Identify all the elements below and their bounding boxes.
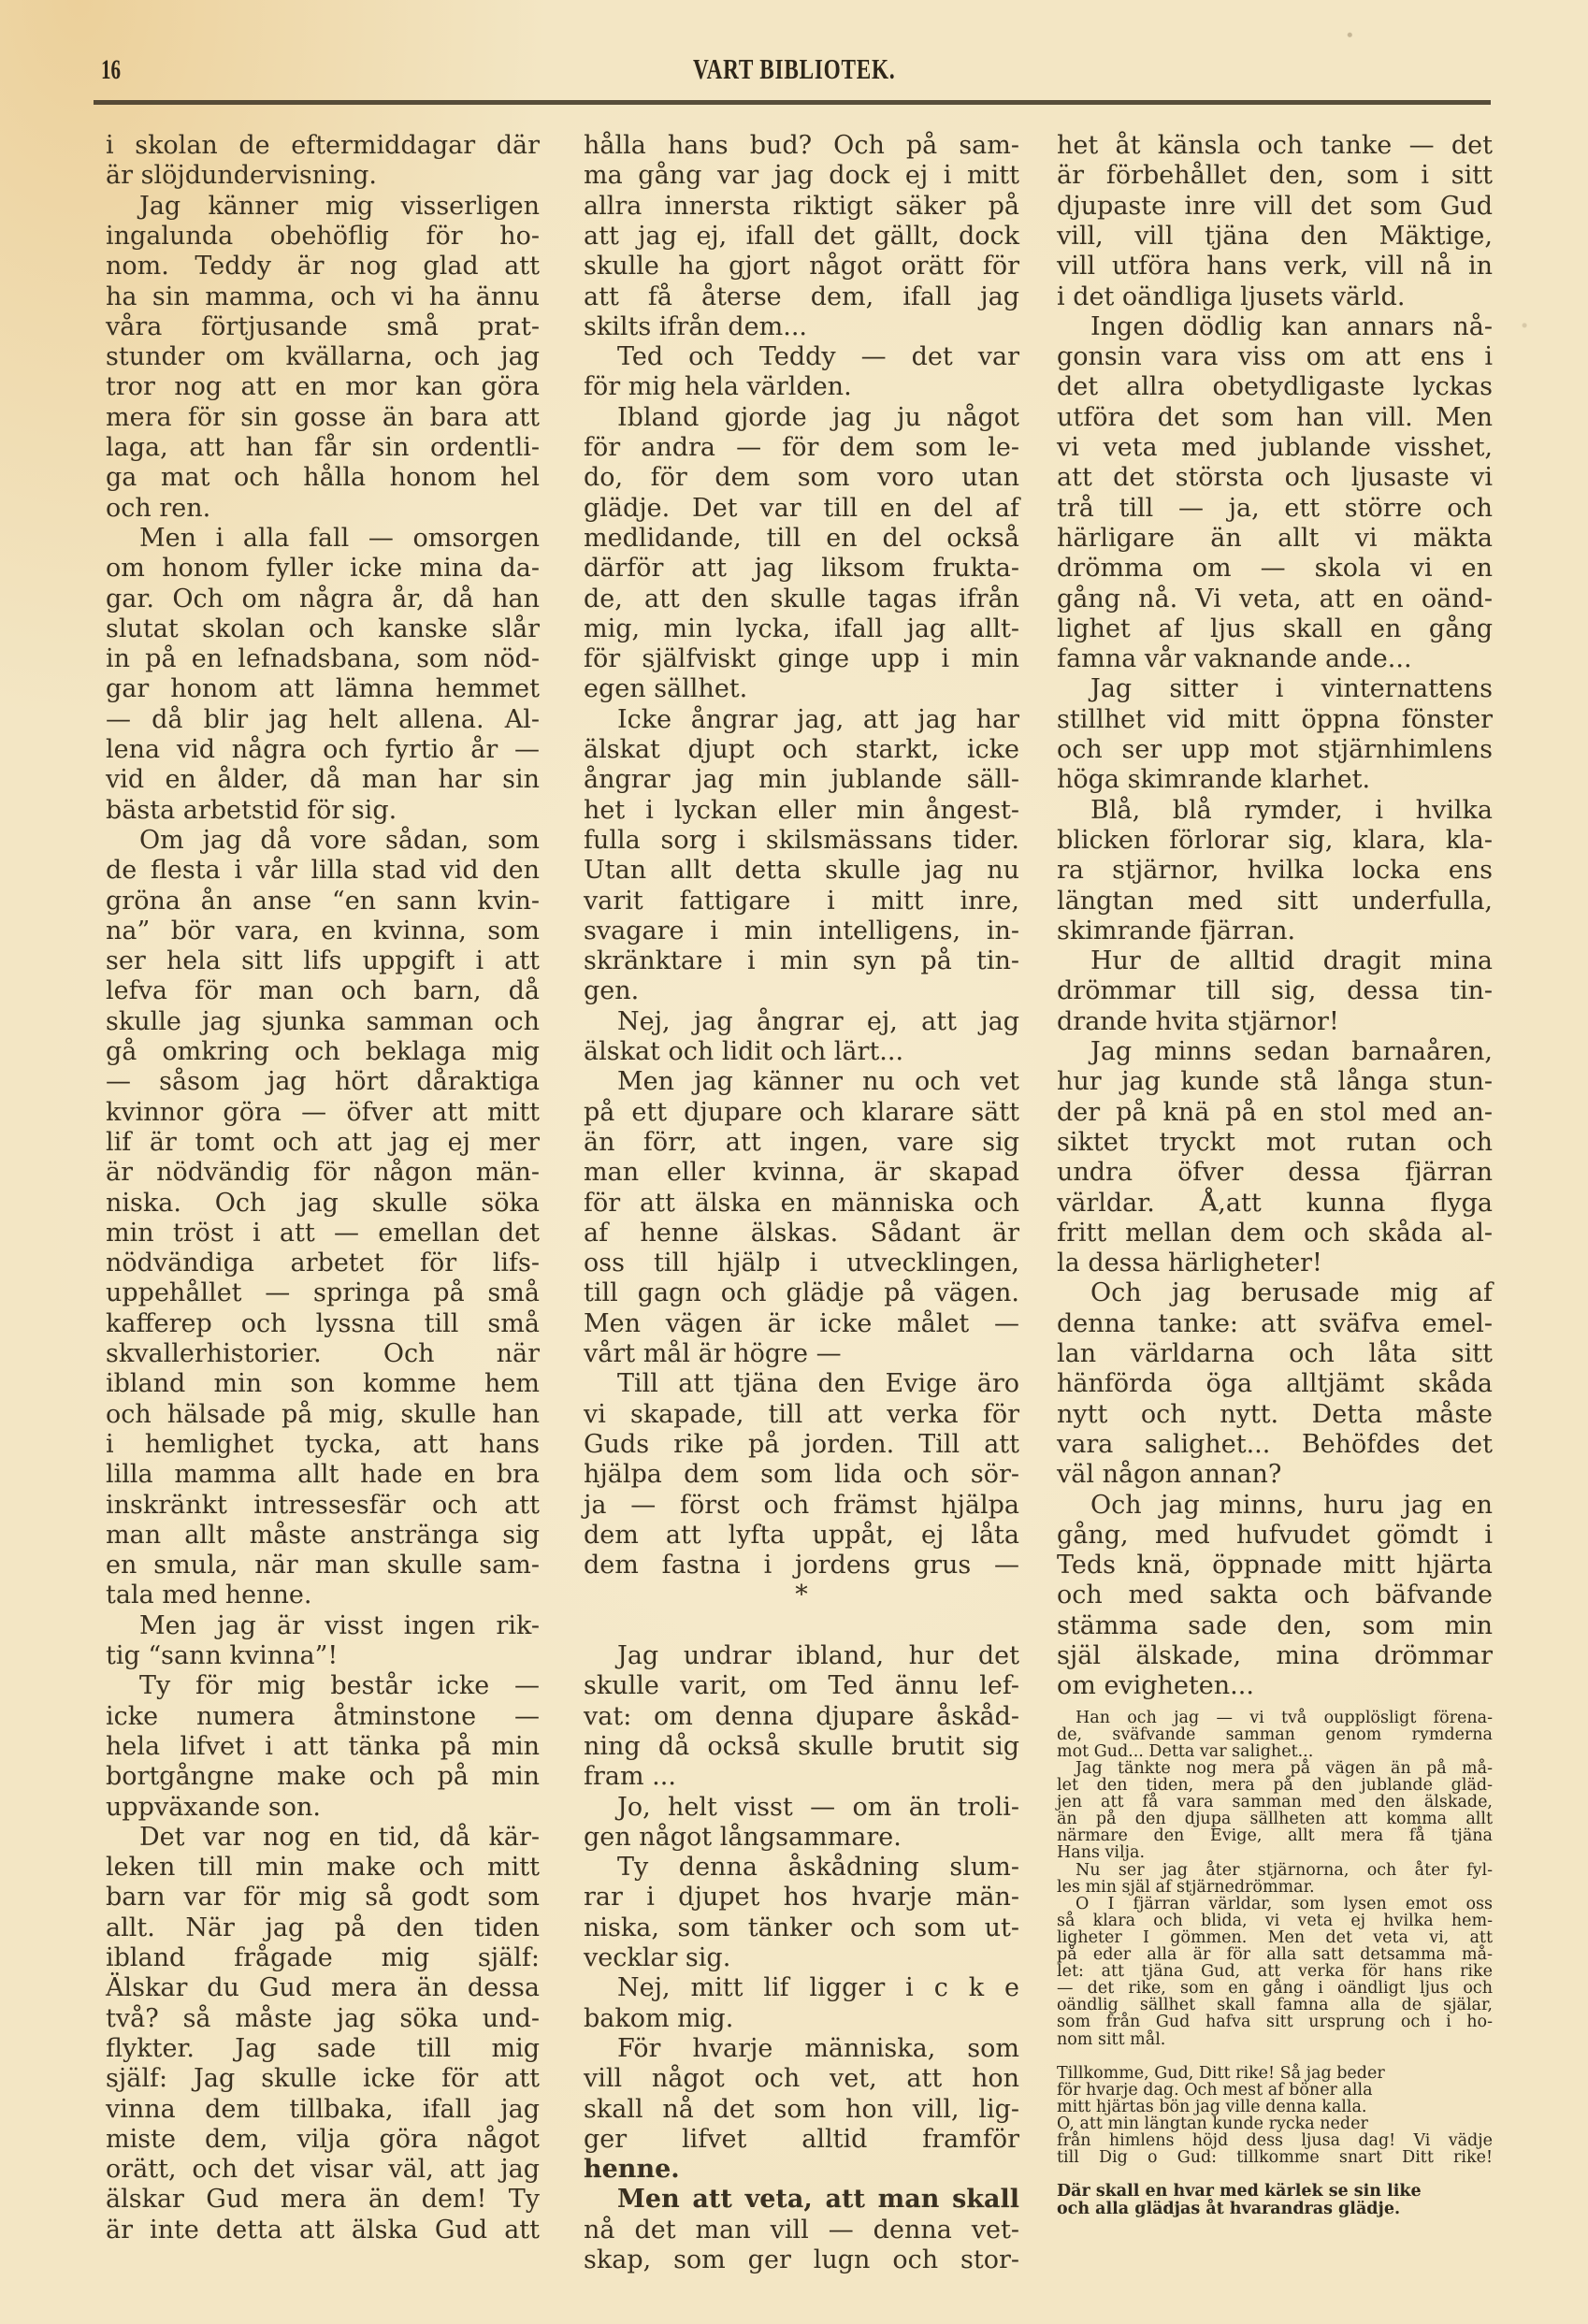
text-line: skulle jag sjunka samman och [106,1007,540,1037]
footnote-line: les min själ af stjärnedrömmar. [1057,1879,1493,1896]
text-line: och ren. [106,494,540,524]
text-line: fritt mellan dem och skåda al- [1057,1219,1493,1249]
text-line: Jag känner mig visserligen [106,192,540,222]
text-line: en smula, när man skulle sam- [106,1551,540,1581]
text-line: nå det man vill — denna vet- [584,2216,1019,2245]
text-line: kafferep och lyssna till små [106,1309,540,1339]
text-line: de, att den skulle tagas ifrån [584,585,1019,614]
text-line: man eller kvinna, är skapad [584,1158,1019,1188]
text-line: ning då också skulle brutit sig [584,1732,1019,1762]
text-line: vat: om denna djupare åskåd- [584,1702,1019,1732]
text-line: nom. Teddy är nog glad att [106,252,540,281]
footnote-line: närmare den Evige, allt mera få tjäna [1057,1827,1493,1844]
text-line: vårt mål är högre — [584,1339,1019,1369]
text-line: nödvändiga arbetet för lifs- [106,1249,540,1278]
footnote-line: för hvarje dag. Och mest af böner alla [1057,2082,1493,2099]
footnote-line [1057,2048,1493,2065]
text-line: är förbehållet den, som i sitt [1057,161,1493,191]
text-line: ibland frågade mig själf: [106,1943,540,1973]
text-line: att jag ej, ifall det gällt, dock [584,222,1019,252]
text-line: Nej, mitt lif ligger i c k e [584,1973,1019,2003]
text-line: uppehållet — springa på små [106,1278,540,1308]
footnote-line: let den tiden, mera på den jublande gläd… [1057,1777,1493,1794]
text-line: för mig hela världen. [584,372,1019,402]
text-line: icke numera åtminstone — [106,1702,540,1732]
text-line: Om jag då vore sådan, som [106,826,540,856]
text-line: der på knä på en stol med an- [1057,1098,1493,1128]
text-line: Ty för mig består icke — [106,1671,540,1701]
text-line: trå till — ja, ett större och [1057,494,1493,524]
text-line: vinna dem tillbaka, ifall jag [106,2095,540,2125]
text-line: kvinnor göra — öfver att mitt [106,1098,540,1128]
text-line: gar honom att lämna hemmet [106,674,540,704]
text-line: vill något och vet, att hon [584,2064,1019,2094]
footnote-line: Jag tänkte nog mera på vägen än på må- [1057,1760,1493,1777]
footnote-line: O I fjärran världar, som lysen emot oss [1057,1896,1493,1913]
footnote-line: nom sitt mål. [1057,2031,1493,2048]
footnote-line: let: att tjäna Gud, att verka för hans r… [1057,1963,1493,1980]
text-line: orätt, och det visar väl, att jag [106,2155,540,2185]
text-line: lif är tomt och att jag ej mer [106,1128,540,1158]
text-line: Det var nog en tid, då kär- [106,1823,540,1853]
text-line: Hur de alltid dragit mina [1057,946,1493,976]
text-line: fulla sorg i skilsmässans tider. [584,826,1019,856]
footnote-line: ligheter I gömmen. Men det veta vi, att [1057,1929,1493,1946]
text-line: bortgångne make och på min [106,1762,540,1792]
text-line: Ty denna åskådning slum- [584,1853,1019,1883]
header-rule [94,100,1491,105]
text-line: världar. Å,att kunna flyga [1057,1189,1493,1219]
footnote-line: oändlig sällhet skall famna alla de själ… [1057,1997,1493,2014]
text-line: drande hvita stjärnor! [1057,1007,1493,1037]
text-line: i hemlighet tycka, att hans [106,1430,540,1460]
text-line: stillhet vid mitt öppna fönster [1057,705,1493,735]
text-line: medlidande, till en del också [584,524,1019,554]
footnote-line: på eder alla är för alla satt detsamma m… [1057,1946,1493,1963]
text-line: gå omkring och beklaga mig [106,1037,540,1067]
text-line: hjälpa dem som lida och sör- [584,1460,1019,1490]
footnote-line: de, sväfvande samman genom rymderna [1057,1726,1493,1743]
text-line: Till att tjäna den Evige äro [584,1369,1019,1399]
text-line: man allt måste anstränga sig [106,1521,540,1551]
text-line: vid en ålder, då man har sin [106,765,540,795]
text-line: bästa arbetstid för sig. [106,796,540,826]
text-line: ra stjärnor, hvilka locka ens [1057,856,1493,886]
text-line: ma gång var jag dock ej i mitt [584,161,1019,191]
text-line [584,1611,1019,1641]
text-line: ja — först och främst hjälpa [584,1491,1019,1521]
text-line: vi skapade, till att verka för [584,1400,1019,1430]
footnote-line: O, att min längtan kunde rycka neder [1057,2115,1493,2132]
text-line: och ser upp mot stjärnhimlens [1057,735,1493,765]
text-line: tror nog att en mor kan göra [106,372,540,402]
text-line: egen sällhet. [584,674,1019,704]
text-line: allt. När jag på den tiden [106,1913,540,1943]
text-line: skvallerhistorier. Och när [106,1339,540,1369]
text-line: lilla mamma allt hade en bra [106,1460,540,1490]
text-line: barn var för mig så godt som [106,1883,540,1913]
running-head: VART BIBLIOTEK. [0,52,1588,86]
text-line: Men att veta, att man skall [584,2185,1019,2215]
text-line: är nödvändig för någon män- [106,1158,540,1188]
text-line: på ett djupare och klarare sätt [584,1098,1019,1128]
text-line: rar i djupet hos hvarje män- [584,1883,1019,1913]
text-line: gröna ån anse “en sann kvin- [106,887,540,917]
text-line: laga, att han får sin ordentli- [106,433,540,463]
text-line: själ älskade, mina drömmar [1057,1641,1493,1671]
footnote-line: till Dig o Gud: tillkomme snart Ditt rik… [1057,2149,1493,2166]
text-line: skimrande fjärran. [1057,917,1493,946]
footnote-line: än på den djupa sällheten att komma allt [1057,1811,1493,1827]
text-line: allra innersta riktigt säker på [584,192,1019,222]
text-line: varit fattigare i mitt inre, [584,887,1019,917]
text-line: hur jag kunde stå långa stun- [1057,1067,1493,1097]
text-line: För hvarje människa, som [584,2034,1019,2064]
text-line: de flesta i vår lilla stad vid den [106,856,540,886]
text-line: två? så måste jag söka und- [106,2004,540,2034]
text-line: för själfviskt ginge upp i min [584,644,1019,674]
text-line: mera för sin gosse än bara att [106,403,540,433]
text-line: i det oändliga ljusets värld. [1057,282,1493,312]
text-line: Utan allt detta skulle jag nu [584,856,1019,886]
text-line: het åt känsla och tanke — det [1057,131,1493,161]
text-line: stämma sade den, som min [1057,1611,1493,1641]
text-line: längtan med sitt underfulla, [1057,887,1493,917]
text-line: uppväxande son. [106,1793,540,1823]
text-line: Men i alla fall — omsorgen [106,524,540,554]
text-line: denna tanke: att sväfva emel- [1057,1309,1493,1339]
text-line: om evigheten... [1057,1671,1493,1701]
text-line: gång, med hufvudet gömdt i [1057,1521,1493,1551]
text-line: tig “sann kvinna”! [106,1641,540,1671]
text-line: är inte detta att älska Gud att [106,2216,540,2245]
footnote-line: Han och jag — vi två oupplösligt förena- [1057,1710,1493,1726]
footnote-line: Hans vilja. [1057,1844,1493,1861]
footnote-line: mot Gud... Detta var salighet... [1057,1743,1493,1760]
text-line: Jo, helt visst — om än troli- [584,1793,1019,1823]
text-line: in på en lefnadsbana, som nöd- [106,644,540,674]
text-line: nytt och nytt. Detta måste [1057,1400,1493,1430]
text-line: hela lifvet i att tänka på min [106,1732,540,1762]
text-line: gar. Och om några år, då han [106,585,540,614]
text-line: lefva för man och barn, då [106,976,540,1006]
text-line: fram ... [584,1762,1019,1792]
text-line: älskar Gud mera än dem! Ty [106,2185,540,2215]
text-line: lighet af ljus skall en gång [1057,614,1493,644]
text-line: svagare i min intelligens, in- [584,917,1019,946]
text-line: Teds knä, öppnade mitt hjärta [1057,1551,1493,1581]
text-line: gen. [584,976,1019,1006]
text-line: skall nå det som hon vill, lig- [584,2095,1019,2125]
text-line: vill utföra hans verk, vill nå in [1057,252,1493,281]
text-line: skilts ifrån dem... [584,312,1019,342]
text-line: gonsin vara viss om att ens i [1057,342,1493,372]
text-line: af henne älskas. Sådant är [584,1219,1019,1249]
text-line: ha sin mamma, och vi ha ännu [106,282,540,312]
text-line: flykter. Jag sade till mig [106,2034,540,2064]
text-line: djupaste inre vill det som Gud [1057,192,1493,222]
text-line: Och jag minns, huru jag en [1057,1491,1493,1521]
text-line: vi veta med jublande visshet, [1057,433,1493,463]
text-line: glädje. Det var till en del af [584,494,1019,524]
text-line: lan världarna och låta sitt [1057,1339,1493,1369]
text-line: Men jag är visst ingen rik- [106,1611,540,1641]
text-line: oss till hjälp i utvecklingen, [584,1249,1019,1278]
text-line: inskränkt intressesfär och att [106,1491,540,1521]
text-line: älskat djupt och starkt, icke [584,735,1019,765]
text-line: miste dem, vilja göra något [106,2125,540,2155]
footnote-line: jen att få vara samman med den älskade, [1057,1794,1493,1811]
text-line: ger lifvet alltid framför [584,2125,1019,2155]
text-line: gång nå. Vi veta, att en oänd- [1057,585,1493,614]
text-line: Jag undrar ibland, hur det [584,1641,1019,1671]
text-line: leken till min make och mitt [106,1853,540,1883]
text-line: är slöjdundervisning. [106,161,540,191]
text-line: Men jag känner nu och vet [584,1067,1019,1097]
text-line: därför att jag liksom frukta- [584,554,1019,584]
text-line: — såsom jag hört dåraktiga [106,1067,540,1097]
text-line: tala med henne. [106,1581,540,1610]
text-line: utföra det som han vill. Men [1057,403,1493,433]
footnote-line [1057,2166,1493,2183]
footnote-line: så klara och blida, vi veta ej hvilka he… [1057,1913,1493,1929]
text-line: Ibland gjorde jag ju något [584,403,1019,433]
text-line: hänförda öga alltjämt skåda [1057,1369,1493,1399]
text-line: väl någon annan? [1057,1460,1493,1490]
text-line: bakom mig. [584,2004,1019,2034]
text-line: famna vår vaknande ande... [1057,644,1493,674]
text-line: härligare än allt vi mäkta [1057,524,1493,554]
text-line: än förr, att ingen, vare sig [584,1128,1019,1158]
text-line: Jag sitter i vinternattens [1057,674,1493,704]
text-line: * [584,1581,1019,1610]
text-line: lena vid några och fyrtio år — [106,735,540,765]
text-line: och hälsade på mig, skulle han [106,1400,540,1430]
footnote-line: Tillkomme, Gud, Ditt rike! Så jag beder [1057,2065,1493,2082]
text-line: älskat och lidit och lärt... [584,1037,1019,1067]
text-line: Guds rike på jorden. Till att [584,1430,1019,1460]
publication-title: VART BIBLIOTEK. [693,52,895,86]
text-line: Ingen dödlig kan annars nå- [1057,312,1493,342]
text-line: skulle varit, om Ted ännu lef- [584,1671,1019,1701]
text-line: skap, som ger lugn och stor- [584,2245,1019,2275]
text-line: Och jag berusade mig af [1057,1278,1493,1308]
text-line: — då blir jag helt allena. Al- [106,705,540,735]
text-line: för andra — för dem som le- [584,433,1019,463]
text-line: niska. Och jag skulle söka [106,1189,540,1219]
text-line: dem fastna i jordens grus — [584,1551,1019,1581]
text-line: min tröst i att — emellan det [106,1219,540,1249]
text-line: het i lyckan eller min ångest- [584,796,1019,826]
text-line: hålla hans bud? Och på sam- [584,131,1019,161]
text-line: vara salighet... Behöfdes det [1057,1430,1493,1460]
text-line: siktet tryckt mot rutan och [1057,1128,1493,1158]
text-line: skulle ha gjort något orätt för [584,252,1019,281]
text-line: ser hela sitt lifs uppgift i att [106,946,540,976]
footnote-line: och alla glädjas åt hvarandras glädje. [1057,2201,1493,2217]
text-line: ingalunda obehöflig för ho- [106,222,540,252]
text-line: Älskar du Gud mera än dessa [106,1973,540,2003]
text-line: henne. [584,2155,1019,2185]
text-line: slutat skolan och kanske slår [106,614,540,644]
text-line: ibland min son komme hem [106,1369,540,1399]
text-line: do, för dem som voro utan [584,463,1019,493]
text-line: gen något långsammare. [584,1823,1019,1853]
text-line: na” bör vara, en kvinna, som [106,917,540,946]
text-line: Blå, blå rymder, i hvilka [1057,796,1493,826]
text-line: dem att lyfta uppåt, ej låta [584,1521,1019,1551]
footnote-line: mitt hjärtas bön jag ville denna kalla. [1057,2099,1493,2115]
text-line: Jag minns sedan barnaåren, [1057,1037,1493,1067]
text-line: blicken förlorar sig, klara, kla- [1057,826,1493,856]
text-line: och med sakta och bäfvande [1057,1581,1493,1610]
text-line: själf: Jag skulle icke för att [106,2064,540,2094]
text-line: vill, vill tjäna den Mäktige, [1057,222,1493,252]
text-line: drömmar till sig, dessa tin- [1057,976,1493,1006]
text-line: det allra obetydligaste lyckas [1057,372,1493,402]
footnote-line: — det rike, som en gång i oändligt ljus … [1057,1980,1493,1997]
text-line: i skolan de eftermiddagar där [106,131,540,161]
footnote-line: från himlens höjd dess ljusa dag! Vi väd… [1057,2132,1493,2149]
text-line: ångrar jag min jublande säll- [584,765,1019,795]
text-line: drömma om — skola vi en [1057,554,1493,584]
text-line: niska, som tänker och som ut- [584,1913,1019,1943]
text-line: mig, min lycka, ifall jag allt- [584,614,1019,644]
text-line: Ted och Teddy — det var [584,342,1019,372]
text-line: om honom fyller icke mina da- [106,554,540,584]
footnote-line: Där skall en hvar med kärlek se sin like [1057,2183,1493,2200]
text-line: våra förtjusande små prat- [106,312,540,342]
text-line: att det största och ljusaste vi [1057,463,1493,493]
text-line: ga mat och hålla honom hel [106,463,540,493]
text-line: Nej, jag ångrar ej, att jag [584,1007,1019,1037]
text-line: Icke ångrar jag, att jag har [584,705,1019,735]
text-line: Men vägen är icke målet — [584,1309,1019,1339]
text-line: la dessa härligheter! [1057,1249,1493,1278]
text-line: vecklar sig. [584,1943,1019,1973]
footnote-line: som från Gud hafva sitt ursprung och i h… [1057,2014,1493,2030]
text-line: stunder om kvällarna, och jag [106,342,540,372]
text-line: att få återse dem, ifall jag [584,282,1019,312]
text-line: undra öfver dessa fjärran [1057,1158,1493,1188]
text-line: skränktare i min syn på tin- [584,946,1019,976]
text-line: höga skimrande klarhet. [1057,765,1493,795]
footnote-line: Nu ser jag åter stjärnorna, och åter fyl… [1057,1862,1493,1879]
text-line: till gagn och glädje på vägen. [584,1278,1019,1308]
text-line: för att älska en människa och [584,1189,1019,1219]
